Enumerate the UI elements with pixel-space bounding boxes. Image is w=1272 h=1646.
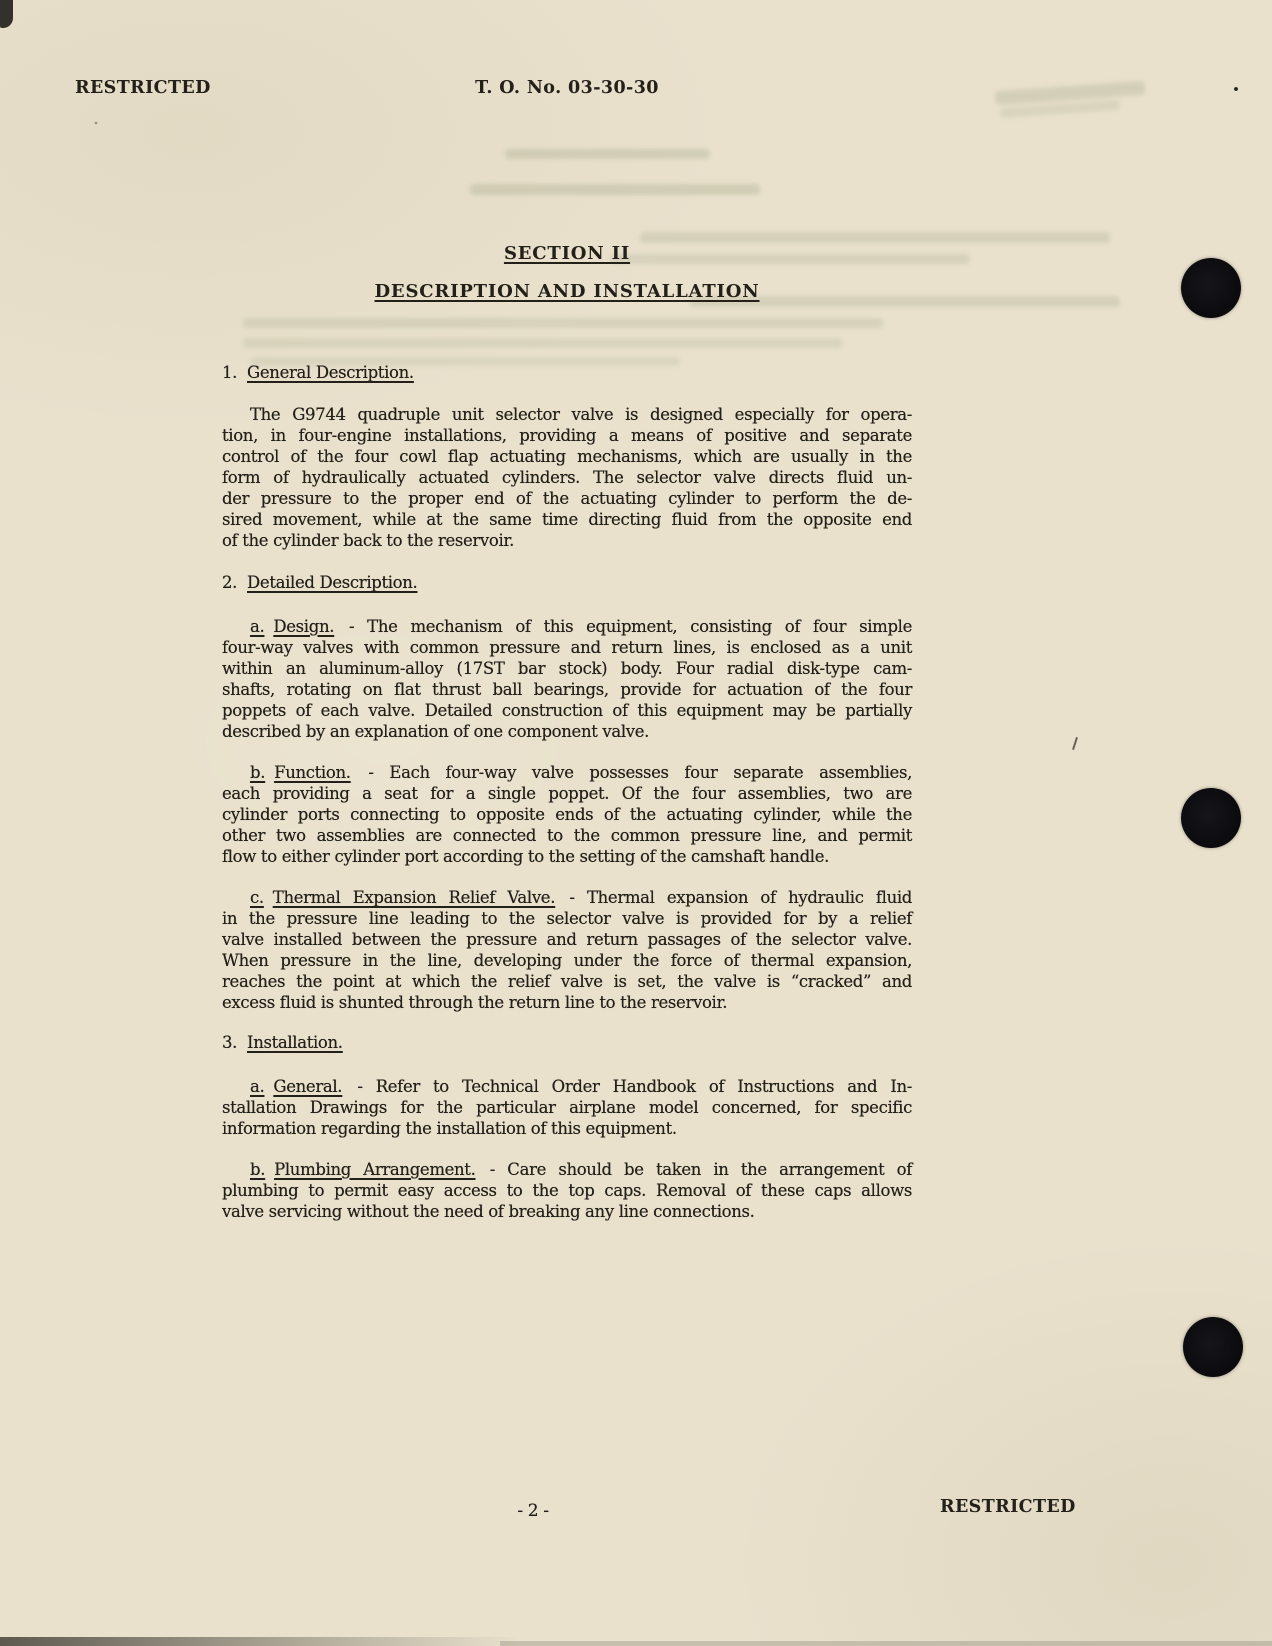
text-line: four-way valves with common pressure and…: [222, 637, 912, 658]
paragraph-title: General.: [273, 1077, 342, 1096]
paragraph-title: Plumbing Arrangement.: [274, 1160, 475, 1179]
text-line: a.Design. - The mechanism of this equipm…: [222, 616, 912, 637]
text-line: When pressure in the line, developing un…: [222, 950, 912, 971]
paragraph-title: Thermal Expansion Relief Valve.: [273, 888, 555, 907]
text-line: in the pressure line leading to the sele…: [222, 908, 912, 929]
punch-hole: [1181, 258, 1241, 318]
paragraph-thermal-expansion-relief-valve: c.Thermal Expansion Relief Valve. - Ther…: [222, 887, 912, 1013]
header-to-number: T. O. No. 03-30-30: [222, 78, 912, 98]
punch-hole: [1183, 1317, 1243, 1377]
paragraph-design: a.Design. - The mechanism of this equipm…: [222, 616, 912, 742]
heading-title: Detailed Description.: [247, 573, 417, 592]
section-subtitle-text: DESCRIPTION AND INSTALLATION: [375, 281, 760, 302]
heading-general-description: 1.General Description.: [222, 362, 912, 383]
heading-number: 3.: [222, 1033, 237, 1052]
text-line: information regarding the installation o…: [222, 1118, 912, 1139]
text-line: cylinder ports connecting to opposite en…: [222, 804, 912, 825]
footer-classification: RESTRICTED: [940, 1497, 1076, 1517]
punch-hole: [1181, 788, 1241, 848]
bleedthrough-artifact: [243, 318, 883, 328]
text-line: flow to either cylinder port according t…: [222, 846, 912, 867]
paragraph-label: b.: [250, 763, 265, 782]
paragraph-label: c.: [250, 888, 264, 907]
page-number: - 2 -: [498, 1501, 568, 1522]
paragraph-installation-general: a.General. - Refer to Technical Order Ha…: [222, 1076, 912, 1139]
text-line: within an aluminum-alloy (17ST bar stock…: [222, 658, 912, 679]
paragraph-general-description: The G9744 quadruple unit selector valve …: [222, 404, 912, 551]
text-line: shafts, rotating on flat thrust ball bea…: [222, 679, 912, 700]
paragraph-label: a.: [250, 1077, 264, 1096]
section-title-text: SECTION II: [504, 243, 630, 264]
heading-installation: 3.Installation.: [222, 1032, 912, 1053]
scan-artifact-mark: [1072, 737, 1078, 750]
section-title: SECTION II: [222, 243, 912, 264]
text-line: b.Plumbing Arrangement. - Care should be…: [222, 1159, 912, 1180]
bleedthrough-artifact: [470, 184, 760, 195]
text-line: described by an explanation of one compo…: [222, 721, 912, 742]
text-line: control of the four cowl flap actuating …: [222, 446, 912, 467]
text-line: c.Thermal Expansion Relief Valve. - Ther…: [222, 887, 912, 908]
text-line: form of hydraulically actuated cylinders…: [222, 467, 912, 488]
paragraph-label: a.: [250, 617, 264, 636]
scan-artifact-bottom-edge: [0, 1637, 520, 1646]
bleedthrough-stamp: [995, 81, 1146, 105]
text-line: each providing a seat for a single poppe…: [222, 783, 912, 804]
section-subtitle: DESCRIPTION AND INSTALLATION: [222, 281, 912, 302]
bleedthrough-artifact: [640, 232, 1110, 243]
text-line: valve servicing without the need of brea…: [222, 1201, 912, 1222]
text-line: tion, in four-engine installations, prov…: [222, 425, 912, 446]
paragraph-title: Design.: [273, 617, 334, 636]
text-line: a.General. - Refer to Technical Order Ha…: [222, 1076, 912, 1097]
header-classification: RESTRICTED: [75, 78, 211, 98]
heading-number: 1.: [222, 363, 237, 382]
heading-detailed-description: 2.Detailed Description.: [222, 572, 912, 593]
heading-title: Installation.: [247, 1033, 343, 1052]
document-page: RESTRICTED T. O. No. 03-30-30 SECTION II…: [0, 0, 1272, 1646]
text-line: The G9744 quadruple unit selector valve …: [222, 404, 912, 425]
paragraph-function: b.Function. - Each four-way valve posses…: [222, 762, 912, 867]
text-line: reaches the point at which the relief va…: [222, 971, 912, 992]
bleedthrough-artifact: [243, 338, 843, 348]
text-line: excess fluid is shunted through the retu…: [222, 992, 912, 1013]
text-line: plumbing to permit easy access to the to…: [222, 1180, 912, 1201]
text-line: poppets of each valve. Detailed construc…: [222, 700, 912, 721]
paragraph-label: b.: [250, 1160, 265, 1179]
text-line: der pressure to the proper end of the ac…: [222, 488, 912, 509]
text-line: valve installed between the pressure and…: [222, 929, 912, 950]
scan-artifact-bottom-edge: [500, 1641, 1272, 1646]
to-number-text: T. O. No. 03-30-30: [475, 78, 659, 98]
text-line: sired movement, while at the same time d…: [222, 509, 912, 530]
heading-number: 2.: [222, 573, 237, 592]
text-line: b.Function. - Each four-way valve posses…: [222, 762, 912, 783]
text-line: stallation Drawings for the particular a…: [222, 1097, 912, 1118]
scan-artifact-corner: [0, 0, 13, 28]
heading-title: General Description.: [247, 363, 414, 382]
bleedthrough-artifact: [505, 149, 710, 159]
paragraph-title: Function.: [274, 763, 351, 782]
paragraph-plumbing-arrangement: b.Plumbing Arrangement. - Care should be…: [222, 1159, 912, 1222]
text-line: other two assemblies are connected to th…: [222, 825, 912, 846]
text-line: of the cylinder back to the reservoir.: [222, 530, 912, 551]
